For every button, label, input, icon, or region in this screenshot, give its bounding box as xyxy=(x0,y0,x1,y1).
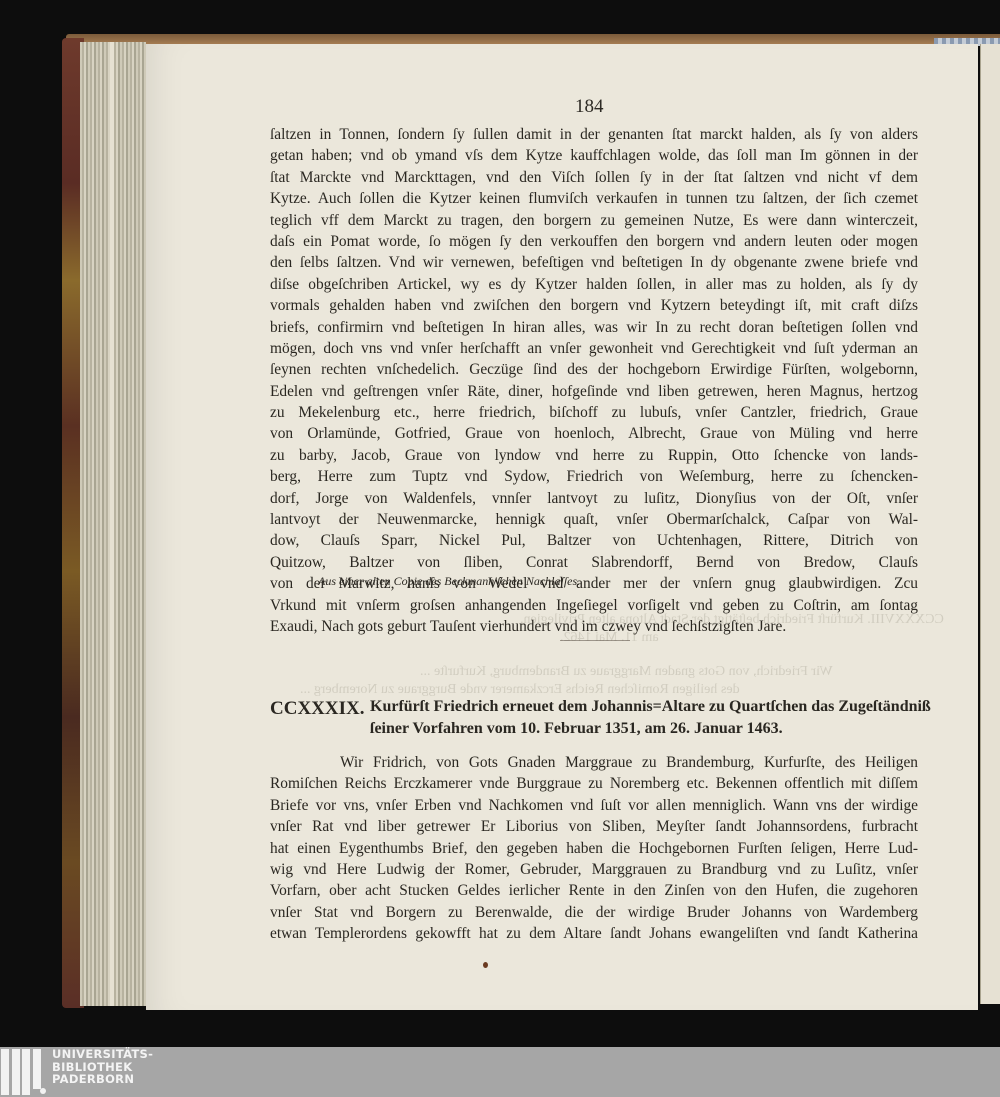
bleed-through-rule xyxy=(560,640,630,641)
next-page-edge xyxy=(980,44,1000,1004)
text-line: zu Mekelenburg etc., herre friedrich, bi… xyxy=(270,402,918,423)
bleed-through-text: des heiligen Romiſchen Reichs Erczkamere… xyxy=(300,682,740,698)
bleed-through-text: Wir Friedrich, von Gots gnaden Marggraue… xyxy=(420,664,833,680)
logo-line-1: UNIVERSITÄTS- xyxy=(52,1048,153,1061)
text-line: ſaltzen in Tonnen, ſondern ſy ſullen dam… xyxy=(270,124,918,145)
text-line: mögen, doch vns vnd vnſer herſchafft an … xyxy=(270,338,918,359)
section-title-line-1: Kurfürſt Friedrich erneuet dem Johannis=… xyxy=(370,698,918,716)
text-line: zu barby, Jacob, Graue von lyndow vnd he… xyxy=(270,445,918,466)
text-line: hat einen Eygenthumbs Brief, den gegeben… xyxy=(270,838,918,859)
text-line: teglich vff dem Marckt zu tragen, den bo… xyxy=(270,210,918,231)
book-cover-top xyxy=(66,34,1000,44)
page-edges xyxy=(80,42,146,1006)
text-line: dorf, Jorge von Waldenfels, vnnſer lantv… xyxy=(270,488,918,509)
text-line: Quitzow, Baltzer von ſliben, Conrat Slab… xyxy=(270,552,918,573)
library-logo-dot xyxy=(40,1088,46,1094)
text-line: wig vnd Here Ludwig der Romer, Gebruder,… xyxy=(270,859,918,880)
text-line: briefs, confirmirn vnd beſtetigen In hir… xyxy=(270,317,918,338)
text-line: Edelen vnd geſtrengen vnſer Räte, diner,… xyxy=(270,381,918,402)
text-line: ſeynen rechten vnſchedelich. Geczüge ſin… xyxy=(270,359,918,380)
section-title-line-2: ſeiner Vorfahren vom 10. Februar 1351, a… xyxy=(370,720,783,738)
text-line: Briefe vor vns, vnſer Erben vnd Nachkome… xyxy=(270,795,918,816)
text-line: von Orlamünde, Gotfried, Graue von hoenl… xyxy=(270,423,918,444)
text-line: den ſelbs ſaltzen. Vnd wir vernewen, bef… xyxy=(270,252,918,273)
text-line: ſtat Marckte vnd Marckttagen, vnd den Vi… xyxy=(270,167,918,188)
text-line: Vorfarn, ober acht Stucken Geldes ierlic… xyxy=(270,880,918,901)
page-number: 184 xyxy=(575,96,604,118)
ink-spot xyxy=(483,962,488,968)
text-line: Wir Fridrich, von Gots Gnaden Marggraue … xyxy=(270,752,918,773)
text-line: etwan Templerordens gekowfft hat zu dem … xyxy=(270,923,918,944)
text-line: dow, Clauſs Sparr, Nickel Pul, Baltzer v… xyxy=(270,530,918,551)
paragraph-1: ſaltzen in Tonnen, ſondern ſy ſullen dam… xyxy=(270,124,918,637)
text-line: daſs ein Pomat worde, ſo mögen ſy den ve… xyxy=(270,231,918,252)
text-line: Kytze. Auch ſollen die Kytzer keinen flu… xyxy=(270,188,918,209)
text-line: berg, Herre zum Tuptz vnd Sydow, Friedri… xyxy=(270,466,918,487)
section-number: CCXXXIX. xyxy=(270,698,364,720)
text-line: diſse obgeſchriben Artickel, wy es dy Ky… xyxy=(270,274,918,295)
paragraph-2: Wir Fridrich, von Gots Gnaden Marggraue … xyxy=(270,752,918,945)
text-line: lantvoyt der Neuwenmarcke, hennigk quaſt… xyxy=(270,509,918,530)
bleed-through-text: CCXXXVIII. Kurfürſt Friedrich beſtätigt … xyxy=(520,612,944,628)
bleed-through-text: am 11. Mai 1462. xyxy=(560,630,659,646)
source-note: Aus einer alten Copie des Beckmann'ſchen… xyxy=(318,574,580,589)
text-line: getan haben; vnd ob ymand vſs dem Kytze … xyxy=(270,145,918,166)
text-line: vnſer Stat vnd Borgern zu Berenwalde, di… xyxy=(270,902,918,923)
text-line: vnſer Rat vnd liber getrewer Er Liborius… xyxy=(270,816,918,837)
text-line: vormals gehalden haben vnd zwiſchen den … xyxy=(270,295,918,316)
logo-line-3: PADERBORN xyxy=(52,1073,153,1086)
text-line: Romiſchen Reichs Erczkamerer vnde Burggr… xyxy=(270,773,918,794)
library-logo-text: UNIVERSITÄTS- BIBLIOTHEK PADERBORN xyxy=(52,1048,153,1086)
